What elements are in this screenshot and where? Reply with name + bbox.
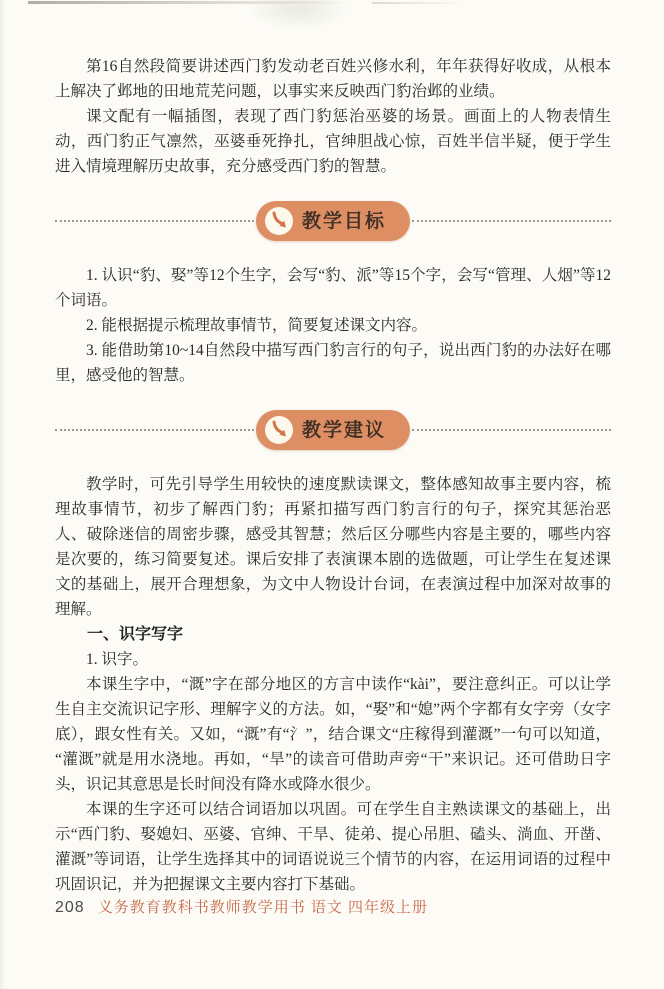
section-badge-suggestions: 教学建议 (256, 410, 410, 450)
badge-label-suggestions: 教学建议 (302, 418, 386, 443)
intro-paragraph-1: 第16自然段简要讲述西门豹发动老百姓兴修水利，年年获得好收成，从根本上解决了邺地… (55, 54, 611, 104)
page-edge-shadow (0, 0, 5, 989)
intro-paragraph-2: 课文配有一幅插图，表现了西门豹惩治巫婆的场景。画面上的人物表情生动，西门豹正气凛… (55, 104, 611, 179)
dotted-rule-left (55, 429, 254, 431)
page-number: 208 (55, 899, 85, 917)
book-page: 第16自然段简要讲述西门豹发动老百姓兴修水利，年年获得好收成，从根本上解决了邺地… (0, 0, 664, 989)
page-footer: 208 义务教育教科书教师教学用书 语文 四年级上册 (55, 896, 428, 917)
section-badge-goals: 教学目标 (256, 201, 410, 241)
section-divider-suggestions: 教学建议 (55, 409, 611, 451)
dotted-rule-left (55, 220, 254, 222)
scan-smudge (248, 0, 348, 30)
dotted-rule-right (412, 429, 611, 431)
page-content: 第16自然段简要讲述西门豹发动老百姓兴修水利，年年获得好收成，从根本上解决了邺地… (55, 54, 611, 897)
arrow-down-right-icon (264, 415, 294, 445)
book-title: 义务教育教科书教师教学用书 语文 四年级上册 (98, 896, 428, 917)
section-divider-goals: 教学目标 (55, 200, 611, 242)
goal-item-2: 2. 能根据提示梳理故事情节，简要复述课文内容。 (55, 313, 611, 338)
dotted-rule-right (412, 220, 611, 222)
arrow-down-right-icon (264, 206, 294, 236)
goal-item-1: 1. 认识“豹、娶”等12个生字，会写“豹、派”等15个字，会写“管理、人烟”等… (55, 263, 611, 313)
section-heading-literacy: 一、识字写字 (55, 622, 611, 647)
goal-item-3: 3. 能借助第10~14自然段中描写西门豹言行的句子，说出西门豹的办法好在哪里，… (55, 338, 611, 388)
subheading-recognize-characters: 1. 识字。 (55, 647, 611, 672)
literacy-paragraph-1: 本课生字中，“溉”字在部分地区的方言中读作“kài”，要注意纠正。可以让学生自主… (55, 672, 611, 797)
scan-artifact-line-2 (372, 2, 467, 4)
suggestions-intro-paragraph: 教学时，可先引导学生用较快的速度默读课文，整体感知故事主要内容，梳理故事情节，初… (55, 472, 611, 622)
badge-label-goals: 教学目标 (302, 209, 386, 234)
literacy-paragraph-2: 本课的生字还可以结合词语加以巩固。可在学生自主熟读课文的基础上，出示“西门豹、娶… (55, 797, 611, 897)
